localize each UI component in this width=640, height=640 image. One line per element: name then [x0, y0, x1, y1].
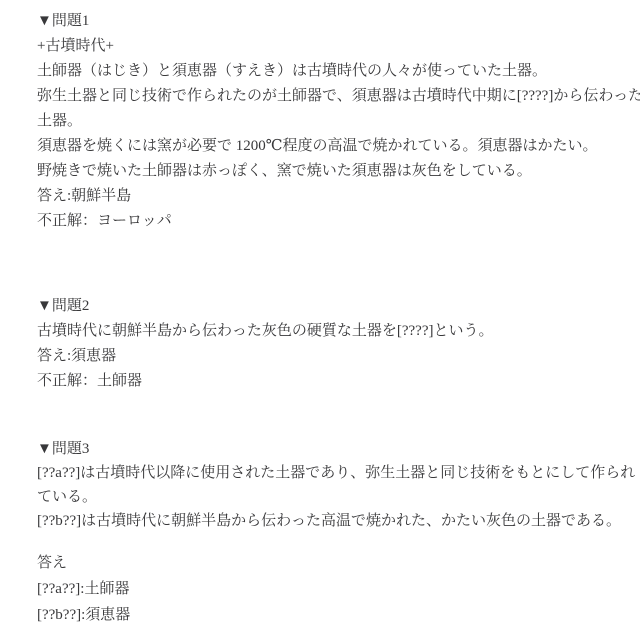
question-3-body-line: [??a??]は古墳時代以降に使用された土器であり、弥生土器と同じ技術をもとにし… — [37, 461, 610, 485]
question-3-answer-heading: 答え — [37, 550, 610, 576]
question-3-block: ▼問題3 [??a??]は古墳時代以降に使用された土器であり、弥生土器と同じ技術… — [37, 437, 610, 533]
question-3-body-line: [??b??]は古墳時代に朝鮮半島から伝わった高温で焼かれた、かたい灰色の土器で… — [37, 509, 610, 533]
question-3-marker: ▼問題3 — [37, 437, 610, 461]
question-1-answer: 答え:朝鮮半島 — [37, 184, 610, 209]
question-3-answer-b: [??b??]:須恵器 — [37, 602, 610, 628]
question-2-body-line: 古墳時代に朝鮮半島から伝わった灰色の硬質な土器を[????]という。 — [37, 319, 610, 344]
question-2-block: ▼問題2 古墳時代に朝鮮半島から伝わった灰色の硬質な土器を[????]という。 … — [37, 294, 610, 394]
question-1-incorrect-answer: 不正解：ヨーロッパ — [37, 209, 610, 234]
question-1-body-line: 須恵器を焼くには窯が必要で 1200℃程度の高温で焼かれている。須恵器はかたい。 — [37, 134, 610, 159]
question-2-marker: ▼問題2 — [37, 294, 610, 319]
question-3-answers-block: 答え [??a??]:土師器 [??b??]:須恵器 — [37, 550, 610, 628]
question-1-topic-tag: +古墳時代+ — [37, 34, 610, 59]
question-1-marker: ▼問題1 — [37, 9, 610, 34]
question-1-block: ▼問題1 +古墳時代+ 土師器（はじき）と須恵器（すえき）は古墳時代の人々が使っ… — [37, 9, 610, 234]
question-3-body-line: ている。 — [37, 485, 610, 509]
question-3-answer-a: [??a??]:土師器 — [37, 576, 610, 602]
question-2-incorrect-answer: 不正解：土師器 — [37, 369, 610, 394]
question-1-body-line: 土器。 — [37, 109, 610, 134]
question-2-answer: 答え:須恵器 — [37, 344, 610, 369]
question-1-body-line: 野焼きで焼いた土師器は赤っぽく、窯で焼いた須恵器は灰色をしている。 — [37, 159, 610, 184]
document-page: ▼問題1 +古墳時代+ 土師器（はじき）と須恵器（すえき）は古墳時代の人々が使っ… — [0, 0, 640, 640]
question-1-body-line: 弥生土器と同じ技術で作られたのが土師器で、須恵器は古墳時代中期に[????]から… — [37, 84, 610, 109]
question-1-body-line: 土師器（はじき）と須恵器（すえき）は古墳時代の人々が使っていた土器。 — [37, 59, 610, 84]
